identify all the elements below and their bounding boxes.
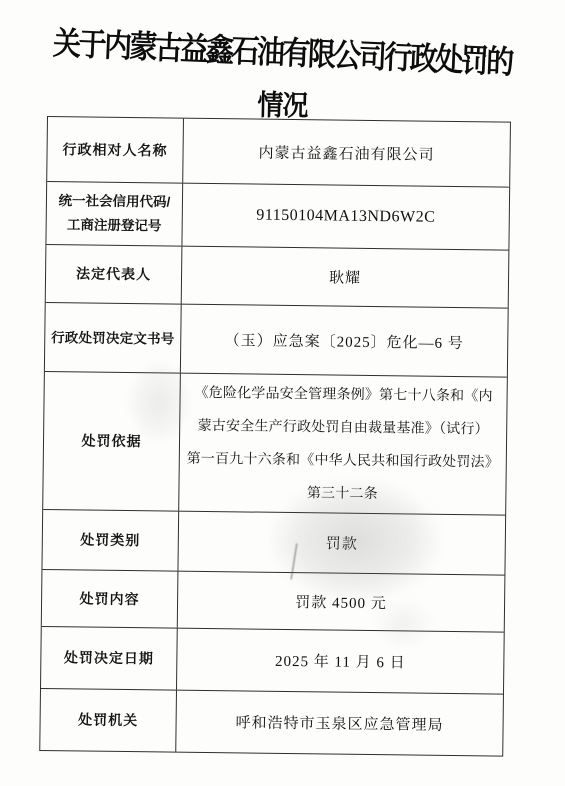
document-title-line1: 关于内蒙古益鑫石油有限公司行政处罚的 [0,16,565,85]
decision-date-value: 2025 年 11 月 6 日 [177,629,504,694]
table-row-decision-number: 行政处罚决定文书号 （玉）应急案〔2025〕危化—6 号 [45,302,508,377]
table-row-decision-date: 处罚决定日期 2025 年 11 月 6 日 [41,626,504,694]
table-row-credit-code: 统一社会信用代码/ 工商注册登记号 91150104MA13ND6W2C [46,181,509,250]
legal-representative-label: 法定代表人 [46,245,183,304]
penalty-type-label: 处罚类别 [42,510,179,571]
decision-date-label: 处罚决定日期 [41,627,178,690]
table-row-penalty-type: 处罚类别 罚款 [42,509,505,575]
decision-number-label: 行政处罚决定文书号 [45,303,182,373]
table-row-penalty-content: 处罚内容 罚款 4500 元 [42,569,505,632]
entity-name-label: 行政相对人名称 [47,117,184,183]
credit-code-label: 统一社会信用代码/ 工商注册登记号 [46,182,183,246]
penalty-basis-label: 处罚依据 [43,372,181,511]
penalty-authority-label: 处罚机关 [40,689,177,752]
table-row-entity-name: 行政相对人名称 内蒙古益鑫石油有限公司 [47,117,510,187]
penalty-basis-value: 《危险化学品安全管理条例》第七十八条和《内 蒙古安全生产行政处罚自由裁量基准》（… [179,374,507,515]
legal-representative-value: 耿耀 [182,247,509,308]
table-row-legal-representative: 法定代表人 耿耀 [46,244,509,308]
entity-name-value: 内蒙古益鑫石油有限公司 [183,119,510,187]
penalty-type-value: 罚款 [178,512,505,575]
table-row-penalty-basis: 处罚依据 《危险化学品安全管理条例》第七十八条和《内 蒙古安全生产行政处罚自由裁… [43,371,507,515]
penalty-authority-value: 呼和浩特市玉泉区应急管理局 [176,691,503,756]
penalty-info-table: 行政相对人名称 内蒙古益鑫石油有限公司 统一社会信用代码/ 工商注册登记号 91… [39,116,511,757]
credit-code-value: 91150104MA13ND6W2C [182,184,509,250]
scanned-document-page: 关于内蒙古益鑫石油有限公司行政处罚的 情况 行政相对人名称 内蒙古益鑫石油有限公… [0,0,565,786]
table-row-penalty-authority: 处罚机关 呼和浩特市玉泉区应急管理局 [40,688,503,756]
decision-number-value: （玉）应急案〔2025〕危化—6 号 [181,305,508,377]
penalty-content-label: 处罚内容 [42,570,179,628]
penalty-content-value: 罚款 4500 元 [178,572,505,632]
